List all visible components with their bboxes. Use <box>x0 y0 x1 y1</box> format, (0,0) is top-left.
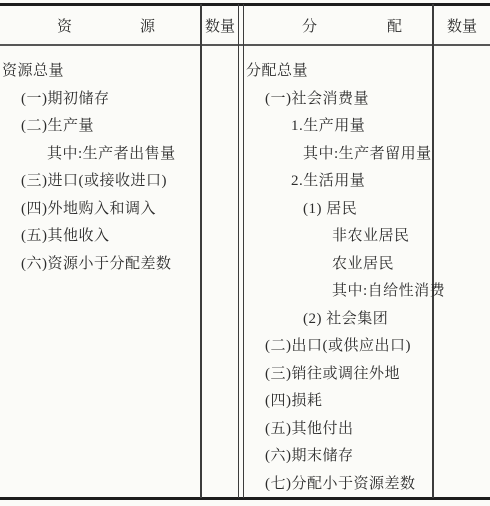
allocation-row: 2.生活用量 <box>244 166 432 194</box>
resource-allocation-balance-table: 资源 数量 分配 数量 资源总量(一)期初储存(二)生产量其中:生产者出售量(三… <box>0 0 490 506</box>
allocation-row-label: 非农业居民 <box>332 224 410 245</box>
allocation-row-label: (一)社会消费量 <box>265 87 369 108</box>
allocation-row-label: 1.生产用量 <box>291 114 365 135</box>
resource-row-label: (二)生产量 <box>21 114 94 135</box>
resource-row: (一)期初储存 <box>0 84 200 112</box>
allocation-row-list: 分配总量(一)社会消费量1.生产用量其中:生产者留用量2.生活用量(1) 居民非… <box>244 47 432 496</box>
allocation-row: 分配总量 <box>244 56 432 84</box>
allocation-row: 其中:自给性消费 <box>244 276 432 304</box>
center-double-rule-left <box>238 4 239 498</box>
allocation-row-label: (五)其他付出 <box>265 417 354 438</box>
allocation-row: (七)分配小于资源差数 <box>244 469 432 497</box>
allocation-row: (四)损耗 <box>244 386 432 414</box>
resource-row-label: (五)其他收入 <box>21 224 110 245</box>
allocation-row: (2) 社会集团 <box>244 304 432 332</box>
resource-row: (四)外地购入和调入 <box>0 194 200 222</box>
resources-quantity-cell-blank <box>202 47 238 497</box>
table-bottom-border <box>0 497 490 500</box>
resource-row: 资源总量 <box>0 56 200 84</box>
allocation-row-label: 其中:自给性消费 <box>332 279 445 300</box>
allocation-row: 其中:生产者留用量 <box>244 139 432 167</box>
allocation-row-label: (2) 社会集团 <box>303 307 388 328</box>
allocation-row-label: (四)损耗 <box>265 389 323 410</box>
resource-row-label: 资源总量 <box>2 59 64 80</box>
resources-quantity-column-header: 数量 <box>202 6 238 44</box>
resource-row-label: (一)期初储存 <box>21 87 110 108</box>
allocation-row-label: (二)出口(或供应出口) <box>265 334 411 355</box>
allocation-row: (六)期末储存 <box>244 441 432 469</box>
allocation-row: (五)其他付出 <box>244 414 432 442</box>
resource-row-label: (三)进口(或接收进口) <box>21 169 167 190</box>
resources-row-list: 资源总量(一)期初储存(二)生产量其中:生产者出售量(三)进口(或接收进口)(四… <box>0 47 200 276</box>
allocation-quantity-cell-blank <box>434 47 490 497</box>
allocation-row-label: 其中:生产者留用量 <box>303 142 432 163</box>
allocation-row: (1) 居民 <box>244 194 432 222</box>
resource-row-label: 其中:生产者出售量 <box>47 142 176 163</box>
allocation-row: (三)销往或调往外地 <box>244 359 432 387</box>
resource-row: (六)资源小于分配差数 <box>0 249 200 277</box>
allocation-row-label: 分配总量 <box>246 59 308 80</box>
allocation-row: 1.生产用量 <box>244 111 432 139</box>
allocation-row: (一)社会消费量 <box>244 84 432 112</box>
resource-row: 其中:生产者出售量 <box>0 139 200 167</box>
resource-row: (三)进口(或接收进口) <box>0 166 200 194</box>
allocation-row-label: (六)期末储存 <box>265 444 354 465</box>
allocation-quantity-column-header: 数量 <box>434 6 490 44</box>
allocation-row-label: 农业居民 <box>332 252 394 273</box>
resource-row-label: (六)资源小于分配差数 <box>21 252 172 273</box>
resource-row-label: (四)外地购入和调入 <box>21 197 156 218</box>
allocation-row: 农业居民 <box>244 249 432 277</box>
allocation-row-label: (1) 居民 <box>303 197 357 218</box>
resource-row: (二)生产量 <box>0 111 200 139</box>
allocation-row: (二)出口(或供应出口) <box>244 331 432 359</box>
resource-row: (五)其他收入 <box>0 221 200 249</box>
allocation-row-label: 2.生活用量 <box>291 169 365 190</box>
allocation-row-label: (三)销往或调往外地 <box>265 362 400 383</box>
allocation-row: 非农业居民 <box>244 221 432 249</box>
allocation-row-label: (七)分配小于资源差数 <box>265 472 416 493</box>
table-header-divider <box>0 44 490 46</box>
